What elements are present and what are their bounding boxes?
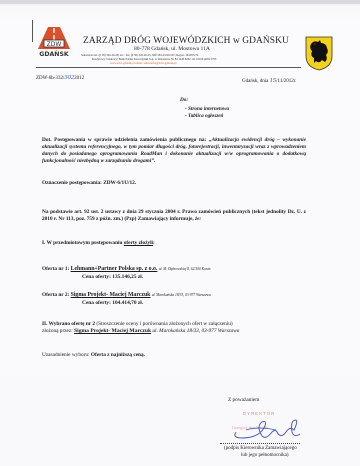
- logo-city: GDAŃSK: [39, 49, 69, 58]
- header-divider: [36, 67, 301, 68]
- section-2-selected: złożoną przez: Sigma Projekt- Maciej Mar…: [42, 328, 239, 334]
- section-2-note: (Streszczenie oceny i porównania złożony…: [95, 321, 233, 327]
- offer-label: Oferta nr 2:: [42, 292, 69, 298]
- org-title: ZARZĄD DRÓG WOJEWÓDZKICH w GDAŃSKU: [83, 36, 289, 46]
- offer-address: ul. M. Dąbrowskiej 8, 62.500 Konin: [159, 267, 211, 271]
- document-page: ZDW GDAŃSK ZARZĄD DRÓG WOJEWÓDZKICH w GD…: [0, 0, 360, 466]
- price-label: Cena oferty:: [82, 274, 111, 280]
- section-2-heading: II. Wybrano ofertę nr 2 (Streszczenie oc…: [42, 321, 233, 327]
- signature-icon: [228, 418, 308, 442]
- offer-label: Oferta nr 1:: [42, 266, 69, 272]
- org-web-email: www.zdw-gdansk.pl email: sekretariat@zdw…: [110, 61, 176, 65]
- reference-number: ZDW-6b-332/3022012: [36, 74, 84, 81]
- selected-address: ul. Marokańska 18/33, 03-977 Warszawa: [151, 328, 239, 334]
- legal-basis-text: Na podstawie art. 92 ust. 2 ustawy z dni…: [42, 209, 306, 222]
- price-value: 104.414,70 zł.: [112, 300, 143, 306]
- legal-basis-tail: że:: [195, 216, 201, 222]
- selected-company: Sigma Projekt- Maciej Marczuk: [74, 328, 151, 334]
- price-value: 135.146,25 zł.: [112, 274, 143, 280]
- offer-company: Lehmann+Partner Polska sp. z o.o.: [71, 266, 158, 272]
- reference-suffix: 2012: [74, 76, 84, 81]
- recipients-label: Do:: [180, 97, 188, 103]
- offer-2: Oferta nr 2: Sigma Projekt- Maciej Marcz…: [42, 292, 211, 298]
- subject-lead: Dot. Postępowania w sprawie udzielenia z…: [42, 137, 206, 143]
- recipient-item: - Tablica ogłoszeń: [185, 113, 223, 119]
- legal-basis-paragraph: Na podstawie art. 92 ust. 2 ustawy z dni…: [42, 209, 306, 223]
- regards: Z poważaniem: [228, 397, 259, 403]
- signature-line: [220, 443, 300, 444]
- date-suffix: /11/2012r.: [276, 79, 296, 84]
- date-prefix: Gdańsk, dnia: [242, 79, 270, 84]
- director-stamp: DYREKTOR: [243, 411, 275, 416]
- section-2-prefix: II. Wybrano ofertę nr 2: [42, 321, 95, 327]
- document-date: Gdańsk, dnia 15/11/2012r.: [242, 77, 296, 84]
- offer-address: ul. Marokańska 18/33, 03-977 Warszawa: [152, 293, 211, 297]
- offer-2-price: Cena oferty: 104.414,70 zł.: [82, 300, 143, 306]
- signature-caption-2: lub jego pełnomocnika): [241, 453, 289, 458]
- coat-of-arms-icon: [305, 36, 333, 71]
- reference-handwritten: 302: [64, 74, 74, 81]
- scan-edge: [0, 0, 360, 4]
- signature-caption: (podpis Kierownika Zamawiającego: [224, 446, 297, 451]
- subject-paragraph: Dot. Postępowania w sprawie udzielenia z…: [42, 137, 306, 165]
- recipient-item: - Strona internetowa: [185, 106, 229, 112]
- reference-prefix: ZDW-6b-332/: [36, 76, 64, 81]
- submitted-by-label: złożoną przez:: [42, 328, 74, 334]
- zdw-logo-icon: ZDW GDAŃSK: [36, 27, 72, 59]
- section-1-underlined: oferty złożyli: [124, 240, 153, 246]
- section-1-prefix: I. W przedmiotowym postępowaniu: [42, 240, 124, 246]
- offer-1-price: Cena oferty: 135.146,25 zł.: [82, 274, 143, 280]
- justification-label: Uzasadnienie wyboru:: [42, 352, 91, 358]
- offer-1: Oferta nr 1: Lehmann+Partner Polska sp. …: [42, 266, 210, 272]
- price-label: Cena oferty:: [82, 300, 111, 306]
- org-address: 80-778 Gdańsk, ul. Mostowa 11A: [134, 46, 210, 52]
- justification-value: Oferta z najniższą ceną.: [91, 352, 145, 358]
- section-1-suffix: :: [153, 240, 155, 246]
- procedure-designation: Oznaczenie postępowania: ZDW-6/1U/12.: [42, 180, 136, 186]
- logo-text: ZDW: [47, 41, 62, 48]
- offer-company: Sigma Projekt- Maciej Marczuk: [71, 292, 151, 298]
- justification: Uzasadnienie wyboru: Oferta z najniższą …: [42, 352, 145, 358]
- scan-mark: [32, 20, 33, 42]
- section-1-heading: I. W przedmiotowym postępowaniu oferty z…: [42, 240, 155, 246]
